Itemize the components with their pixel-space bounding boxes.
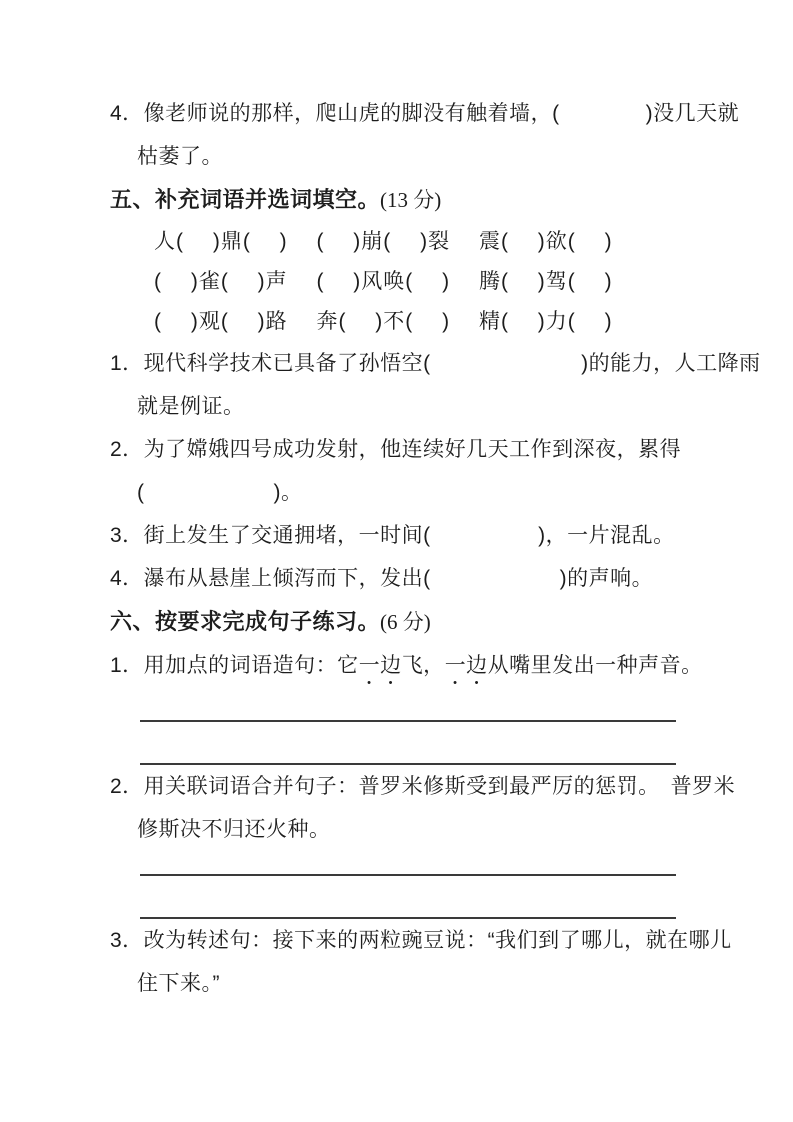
s6-item1-emphasized-word-1: 一边 bbox=[359, 654, 402, 677]
worksheet-content: 4．像老师说的那样，爬山虎的脚没有触着墙，( )没几天就 枯萎了。 五、补充词语… bbox=[0, 0, 793, 1122]
s6-item3-line2: 住下来。” bbox=[110, 962, 713, 1005]
word-fill-row-1: 人( )鼎( ) ( )崩( )裂 震( )欲( ) bbox=[110, 222, 713, 262]
word-fill-row-2: ( )雀( )声 ( )风唤( ) 腾( )驾( ) bbox=[110, 262, 713, 302]
s5-item2-line1: 2．为了嫦娥四号成功发射，他连续好几天工作到深夜，累得 bbox=[110, 428, 713, 471]
s6-item2-line1: 2．用关联词语合并句子：普罗米修斯受到最严厉的惩罚。 普罗米 bbox=[110, 765, 713, 808]
s5-item1-line2: 就是例证。 bbox=[110, 385, 713, 428]
s6-item2-line2: 修斯决不归还火种。 bbox=[110, 808, 713, 851]
s6-item1-line: 1．用加点的词语造句：它一边飞，一边从嘴里发出一种声音。 bbox=[110, 644, 713, 689]
section6-heading: 六、按要求完成句子练习。(6 分) bbox=[110, 600, 713, 644]
q4-item4-line2: 枯萎了。 bbox=[110, 135, 713, 178]
q4-item4-line1: 4．像老师说的那样，爬山虎的脚没有触着墙，( )没几天就 bbox=[110, 92, 713, 135]
answer-line-3 bbox=[140, 874, 676, 876]
s5-item2-line2: ( )。 bbox=[110, 471, 713, 514]
section5-title: 五、补充词语并选词填空。 bbox=[110, 187, 380, 212]
s6-item1-prefix: 1．用加点的词语造句：它 bbox=[110, 654, 359, 677]
s6-item3-line1: 3．改为转述句：接下来的两粒豌豆说：“我们到了哪儿，就在哪儿 bbox=[110, 919, 713, 962]
s5-item3-line1: 3．街上发生了交通拥堵，一时间( )，一片混乱。 bbox=[110, 514, 713, 557]
s6-item1-emphasized-word-2: 一边 bbox=[445, 654, 488, 677]
word-fill-row-3: ( )观( )路 奔( )不( ) 精( )力( ) bbox=[110, 302, 713, 342]
s6-item1-mid: 飞， bbox=[402, 654, 445, 677]
section5-heading: 五、补充词语并选词填空。(13 分) bbox=[110, 178, 713, 222]
exam-worksheet-page: 4．像老师说的那样，爬山虎的脚没有触着墙，( )没几天就 枯萎了。 五、补充词语… bbox=[0, 0, 793, 1122]
section6-points: (6 分) bbox=[380, 610, 431, 634]
s5-item1-line1: 1．现代科学技术已具备了孙悟空( )的能力，人工降雨 bbox=[110, 342, 713, 385]
s6-item1-suffix: 从嘴里发出一种声音。 bbox=[488, 654, 703, 677]
section5-points: (13 分) bbox=[380, 188, 441, 212]
answer-line-1 bbox=[140, 720, 676, 722]
section6-title: 六、按要求完成句子练习。 bbox=[110, 609, 380, 634]
s5-item4-line1: 4．瀑布从悬崖上倾泻而下，发出( )的声响。 bbox=[110, 557, 713, 600]
